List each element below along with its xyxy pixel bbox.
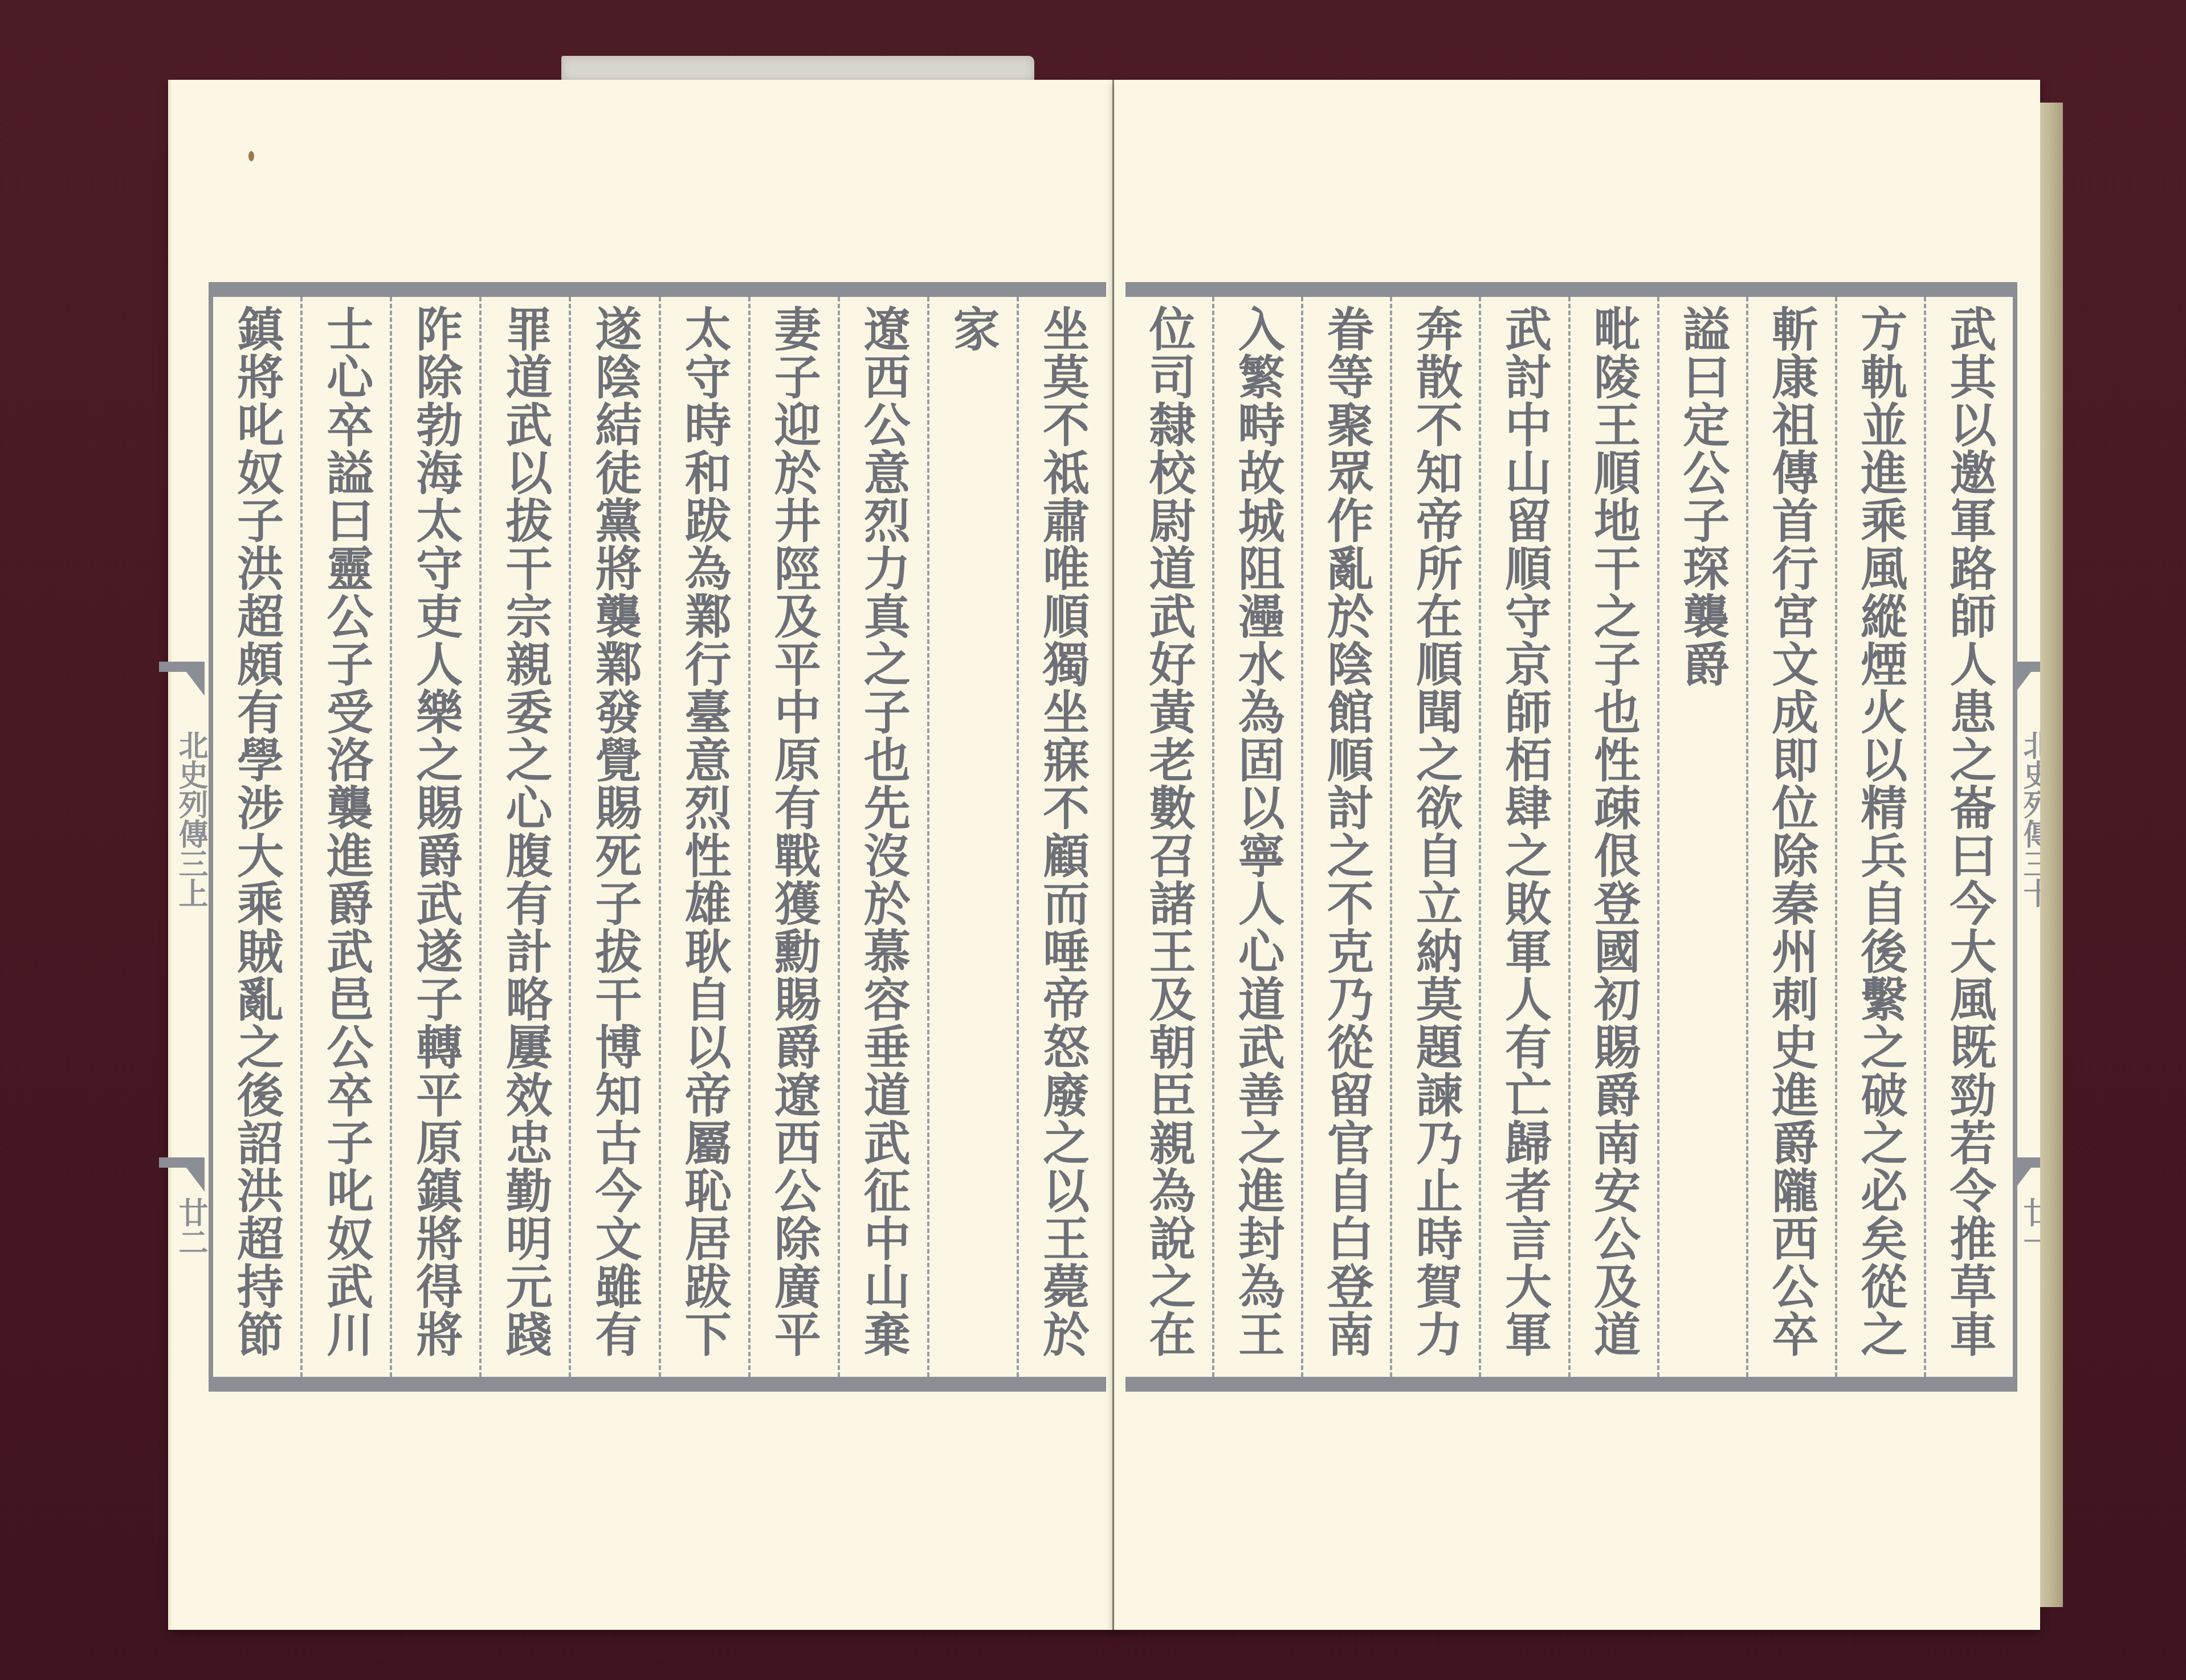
column-text: 鎮將叱奴子洪超頗有學涉大乘賊亂之後詔洪超持節 bbox=[234, 305, 280, 1358]
column-text: 入繁畤故城阻灅水為固以寧人心道武善之進封為王 bbox=[1234, 305, 1281, 1358]
column-text: 方軌並進乘風縱煙火以精兵自後繫之破之必矣從之 bbox=[1857, 305, 1904, 1358]
column-text: 遼西公意烈力真之子也先沒於慕容垂道武征中山棄 bbox=[860, 305, 907, 1358]
column-text: 罪道武以拔干宗親委之心腹有計略屢效忠勤明元踐 bbox=[502, 305, 549, 1358]
text-column: 家 bbox=[927, 297, 1017, 1377]
column-text: 位司隸校尉道武好黃老數召諸王及朝臣親為說之在 bbox=[1145, 305, 1192, 1358]
left-margin-title: 北史列傳三上 bbox=[169, 730, 212, 908]
column-text: 斬康祖傳首行宮文成即位除秦州刺史進爵隴西公卒 bbox=[1768, 305, 1815, 1358]
text-column: 妻子迎於井陘及平中原有戰獲勳賜爵遼西公除廣平 bbox=[748, 297, 838, 1377]
text-column: 武其以邀軍路師人患之崙曰今大風既勁若令推草車 bbox=[1924, 297, 2013, 1377]
text-column: 方軌並進乘風縱煙火以精兵自後繫之破之必矣從之 bbox=[1835, 297, 1924, 1377]
column-text: 坐莫不祗肅唯順獨坐寐不顧而唾帝怒廢之以王薨於 bbox=[1039, 305, 1086, 1358]
text-column: 謚曰定公子琛襲爵 bbox=[1657, 297, 1746, 1377]
text-column: 坐莫不祗肅唯順獨坐寐不顧而唾帝怒廢之以王薨於 bbox=[1017, 297, 1106, 1377]
text-column: 奔散不知帝所在順聞之欲自立納莫題諫乃止時賀力 bbox=[1390, 297, 1479, 1377]
column-text: 家 bbox=[949, 305, 996, 353]
column-text: 武討中山留順守京師栢肆之敗軍人有亡歸者言大軍 bbox=[1501, 305, 1548, 1358]
text-column: 遼西公意烈力真之子也先沒於慕容垂道武征中山棄 bbox=[838, 297, 927, 1377]
left-page-columns: 坐莫不祗肅唯順獨坐寐不顧而唾帝怒廢之以王薨於 家 遼西公意烈力真之子也先沒於慕容… bbox=[213, 297, 1106, 1377]
column-text: 奔散不知帝所在順聞之欲自立納莫題諫乃止時賀力 bbox=[1412, 305, 1459, 1358]
column-text: 遂陰結徒黨將襲鄴發覺賜死子拔干博知古今文雖有 bbox=[592, 305, 638, 1358]
column-text: 士心卒謚曰靈公子受洛襲進爵武邑公卒子叱奴武川 bbox=[323, 305, 370, 1358]
right-page-frame: 北史列傳三十 廿一 武其以邀軍路師人患之崙曰今大風既勁若令推草車 方軌並進乘風縱… bbox=[1125, 282, 2017, 1392]
right-page: 北史列傳三十 廿一 武其以邀軍路師人患之崙曰今大風既勁若令推草車 方軌並進乘風縱… bbox=[1114, 80, 2040, 1630]
text-column: 位司隸校尉道武好黃老數召諸王及朝臣親為說之在 bbox=[1125, 297, 1212, 1377]
left-page-margin: 北史列傳三上 廿二 bbox=[159, 297, 213, 1377]
text-column: 眷等聚眾作亂於陰館順討之不克乃從留官自白登南 bbox=[1301, 297, 1390, 1377]
left-page: 北史列傳三上 廿二 坐莫不祗肅唯順獨坐寐不顧而唾帝怒廢之以王薨於 家 遼西公意烈… bbox=[168, 80, 1118, 1630]
left-folio-number: 廿二 bbox=[169, 1197, 212, 1257]
column-text: 太守時和跋為鄴行臺意烈性雄耿自以帝屬恥居跋下 bbox=[681, 305, 728, 1358]
text-column: 鎮將叱奴子洪超頗有學涉大乘賊亂之後詔洪超持節 bbox=[213, 297, 300, 1377]
right-page-columns: 武其以邀軍路師人患之崙曰今大風既勁若令推草車 方軌並進乘風縱煙火以精兵自後繫之破… bbox=[1125, 297, 2013, 1377]
text-column: 武討中山留順守京師栢肆之敗軍人有亡歸者言大軍 bbox=[1479, 297, 1568, 1377]
fish-tail-ornament-top bbox=[159, 662, 205, 696]
left-page-frame: 北史列傳三上 廿二 坐莫不祗肅唯順獨坐寐不顧而唾帝怒廢之以王薨於 家 遼西公意烈… bbox=[209, 282, 1106, 1392]
column-text: 妻子迎於井陘及平中原有戰獲勳賜爵遼西公除廣平 bbox=[770, 305, 817, 1358]
text-column: 太守時和跋為鄴行臺意烈性雄耿自以帝屬恥居跋下 bbox=[659, 297, 748, 1377]
text-column: 遂陰結徒黨將襲鄴發覺賜死子拔干博知古今文雖有 bbox=[569, 297, 658, 1377]
page-fore-edge bbox=[2040, 103, 2063, 1607]
text-column: 斬康祖傳首行宮文成即位除秦州刺史進爵隴西公卒 bbox=[1746, 297, 1835, 1377]
column-text: 眷等聚眾作亂於陰館順討之不克乃從留官自白登南 bbox=[1323, 305, 1370, 1358]
column-text: 武其以邀軍路師人患之崙曰今大風既勁若令推草車 bbox=[1946, 305, 1993, 1358]
text-column: 阼除勃海太守吏人樂之賜爵武遂子轉平原鎮將得將 bbox=[390, 297, 479, 1377]
text-column: 士心卒謚曰靈公子受洛襲進爵武邑公卒子叱奴武川 bbox=[300, 297, 390, 1377]
column-text: 毗陵王順地干之子也性疎佷登國初賜爵南安公及道 bbox=[1590, 305, 1637, 1358]
text-column: 入繁畤故城阻灅水為固以寧人心道武善之進封為王 bbox=[1212, 297, 1301, 1377]
paper-stain bbox=[248, 151, 254, 161]
fish-tail-ornament-bottom bbox=[159, 1157, 205, 1192]
text-column: 罪道武以拔干宗親委之心腹有計略屢效忠勤明元踐 bbox=[479, 297, 569, 1377]
text-column: 毗陵王順地干之子也性疎佷登國初賜爵南安公及道 bbox=[1568, 297, 1657, 1377]
column-text: 謚曰定公子琛襲爵 bbox=[1679, 305, 1726, 688]
open-book: 北史列傳三上 廿二 坐莫不祗肅唯順獨坐寐不顧而唾帝怒廢之以王薨於 家 遼西公意烈… bbox=[168, 80, 2049, 1630]
column-text: 阼除勃海太守吏人樂之賜爵武遂子轉平原鎮將得將 bbox=[413, 305, 459, 1358]
